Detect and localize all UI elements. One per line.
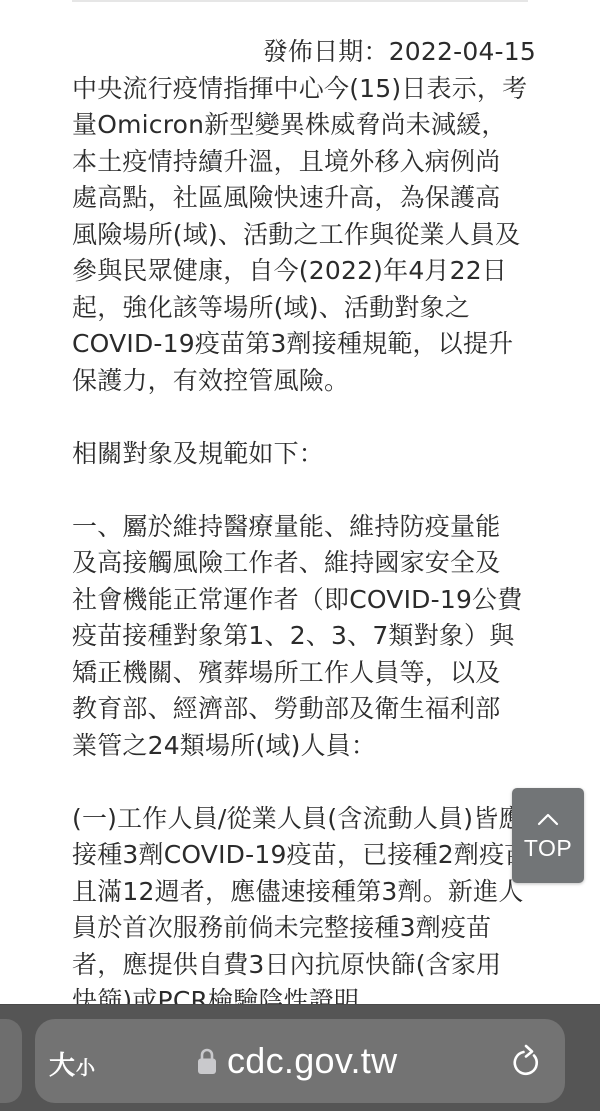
previous-tab-pill[interactable]	[0, 1019, 22, 1103]
paragraph-spacer	[72, 764, 532, 801]
section-one-item-one-paragraph: (一)工作人員/從業人員(含流動人員)皆應 接種3劑COVID-19疫苗，已接種…	[72, 801, 532, 1020]
top-divider	[72, 0, 528, 2]
address-bar[interactable]: 大 小 cdc.gov.tw	[35, 1019, 565, 1103]
url-domain: cdc.gov.tw	[227, 1040, 397, 1082]
section-one-paragraph: 一、屬於維持醫療量能、維持防疫量能 及高接觸風險工作者、維持國家安全及 社會機能…	[72, 509, 532, 765]
paragraph-spacer	[72, 472, 532, 509]
scroll-to-top-button[interactable]: TOP	[512, 788, 584, 883]
text-size-small-glyph: 小	[76, 1053, 95, 1080]
chevron-up-icon	[537, 812, 559, 826]
scroll-to-top-label: TOP	[524, 836, 572, 860]
article-content: 發佈日期：2022-04-15 中央流行疫情指揮中心今(15)日表示，考 量Om…	[72, 34, 532, 1020]
reload-icon[interactable]	[510, 1043, 542, 1079]
browser-toolbar: 大 小 cdc.gov.tw	[0, 1004, 600, 1111]
article-intro-paragraph: 中央流行疫情指揮中心今(15)日表示，考 量Omicron新型變異株威脅尚未減緩…	[72, 71, 532, 400]
paragraph-spacer	[72, 399, 532, 436]
text-size-button[interactable]: 大 小	[49, 1045, 95, 1082]
url-display[interactable]: cdc.gov.tw	[197, 1037, 397, 1085]
regulations-subheading: 相關對象及規範如下：	[72, 436, 532, 473]
text-size-big-glyph: 大	[49, 1045, 75, 1082]
publish-date: 發佈日期：2022-04-15	[72, 34, 536, 71]
lock-icon	[197, 1047, 217, 1075]
